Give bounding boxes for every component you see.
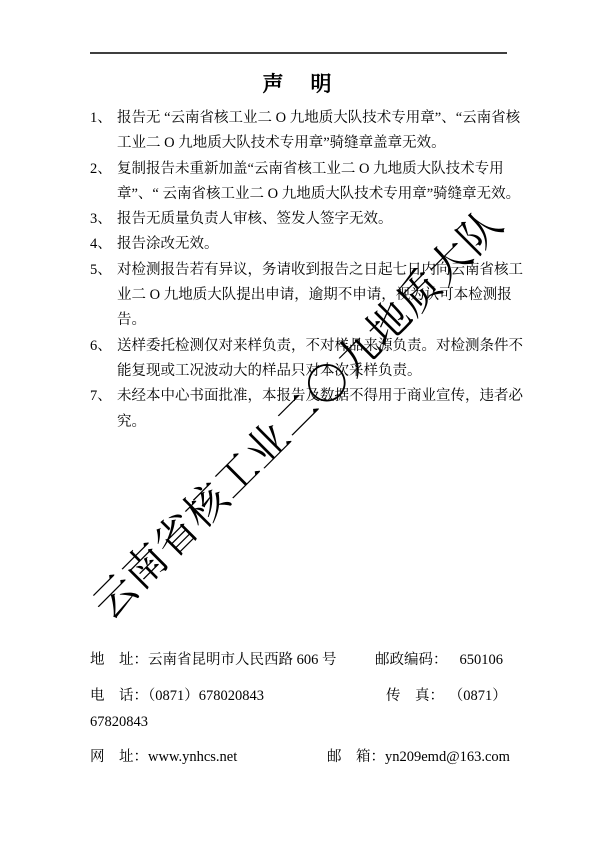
item-text: 业二 O 九地质大队提出申请，逾期不申请，视为认可本检测报: [78, 283, 518, 308]
item-number: 6、: [78, 334, 117, 359]
item-line: 2、复制报告未重新加盖“云南省核工业二 O 九地质大队技术专用: [78, 157, 518, 182]
item-line: 7、未经本中心书面批准，本报告及数据不得用于商业宣传，违者必: [78, 384, 518, 409]
item-text: 究。: [78, 410, 518, 435]
item-text: 工业二 O 九地质大队技术专用章”骑缝章盖章无效。: [78, 131, 518, 156]
item-text: 复制报告未重新加盖“云南省核工业二 O 九地质大队技术专用: [117, 161, 504, 177]
item-text: 报告无 “云南省核工业二 O 九地质大队技术专用章”、“云南省核: [117, 110, 520, 126]
fax-block: 传 真：（0871）: [386, 684, 507, 705]
item-text: 对检测报告若有异议，务请收到报告之日起七日内向云南省核工: [117, 262, 523, 278]
item-number: 2、: [78, 157, 117, 182]
item-line: 6、送样委托检测仅对来样负责，不对样品来源负责。对检测条件不: [78, 334, 518, 359]
website-label: 网 址：: [90, 749, 148, 765]
declaration-item-1: 1、报告无 “云南省核工业二 O 九地质大队技术专用章”、“云南省核 工业二 O…: [78, 106, 518, 157]
phone-value: （0871）678020843: [148, 688, 264, 704]
footer-fax-continuation-row: 67820843: [90, 714, 148, 731]
footer-web-row: 网 址：www.ynhcs.net 邮 箱：yn209emd@163.com: [90, 745, 237, 766]
item-text: 章”、“ 云南省核工业二 O 九地质大队技术专用章”骑缝章无效。: [78, 182, 518, 207]
address-value: 云南省昆明市人民西路 606 号: [148, 652, 337, 668]
item-line: 5、对检测报告若有异议，务请收到报告之日起七日内向云南省核工: [78, 258, 518, 283]
postcode-label: 邮政编码：: [375, 652, 448, 668]
item-line: 3、报告无质量负责人审核、签发人签字无效。: [78, 207, 518, 232]
fax-label: 传 真：: [386, 688, 444, 704]
header-rule: [90, 52, 507, 54]
item-number: 5、: [78, 258, 117, 283]
fax-value: （0871）: [456, 688, 507, 704]
declaration-item-3: 3、报告无质量负责人审核、签发人签字无效。: [78, 207, 518, 232]
phone-label: 电 话：: [90, 688, 148, 704]
footer-address-row: 地 址：云南省昆明市人民西路 606 号 邮政编码：650106: [90, 648, 337, 669]
declaration-list: 1、报告无 “云南省核工业二 O 九地质大队技术专用章”、“云南省核 工业二 O…: [78, 106, 518, 435]
postcode-value: 650106: [460, 652, 504, 668]
item-text: 未经本中心书面批准，本报告及数据不得用于商业宣传，违者必: [117, 388, 523, 404]
item-text: 报告涂改无效。: [117, 236, 219, 252]
email-block: 邮 箱：yn209emd@163.com: [327, 745, 510, 766]
email-value: yn209emd@163.com: [385, 749, 510, 765]
item-line: 1、报告无 “云南省核工业二 O 九地质大队技术专用章”、“云南省核: [78, 106, 518, 131]
item-number: 7、: [78, 384, 117, 409]
declaration-page: 声 明 1、报告无 “云南省核工业二 O 九地质大队技术专用章”、“云南省核 工…: [0, 0, 595, 841]
item-number: 1、: [78, 106, 117, 131]
postcode-block: 邮政编码：650106: [375, 648, 503, 669]
item-text: 送样委托检测仅对来样负责，不对样品来源负责。对检测条件不: [117, 338, 523, 354]
page-title: 声 明: [90, 68, 507, 98]
item-text: 报告无质量负责人审核、签发人签字无效。: [117, 211, 393, 227]
item-number: 4、: [78, 232, 117, 257]
fax-value-overflow: 67820843: [90, 714, 148, 730]
declaration-item-2: 2、复制报告未重新加盖“云南省核工业二 O 九地质大队技术专用 章”、“ 云南省…: [78, 157, 518, 208]
item-text: 能复现或工况波动大的样品只对本次采样负责。: [78, 359, 518, 384]
declaration-item-5: 5、对检测报告若有异议，务请收到报告之日起七日内向云南省核工 业二 O 九地质大…: [78, 258, 518, 334]
declaration-item-4: 4、报告涂改无效。: [78, 232, 518, 257]
declaration-item-6: 6、送样委托检测仅对来样负责，不对样品来源负责。对检测条件不 能复现或工况波动大…: [78, 334, 518, 385]
address-label: 地 址：: [90, 652, 148, 668]
email-label: 邮 箱：: [327, 749, 385, 765]
website-value: www.ynhcs.net: [148, 749, 237, 765]
footer-phone-row: 电 话：（0871）678020843 传 真：（0871）: [90, 684, 264, 705]
declaration-item-7: 7、未经本中心书面批准，本报告及数据不得用于商业宣传，违者必 究。: [78, 384, 518, 435]
item-line: 4、报告涂改无效。: [78, 232, 518, 257]
item-number: 3、: [78, 207, 117, 232]
item-text: 告。: [78, 308, 518, 333]
